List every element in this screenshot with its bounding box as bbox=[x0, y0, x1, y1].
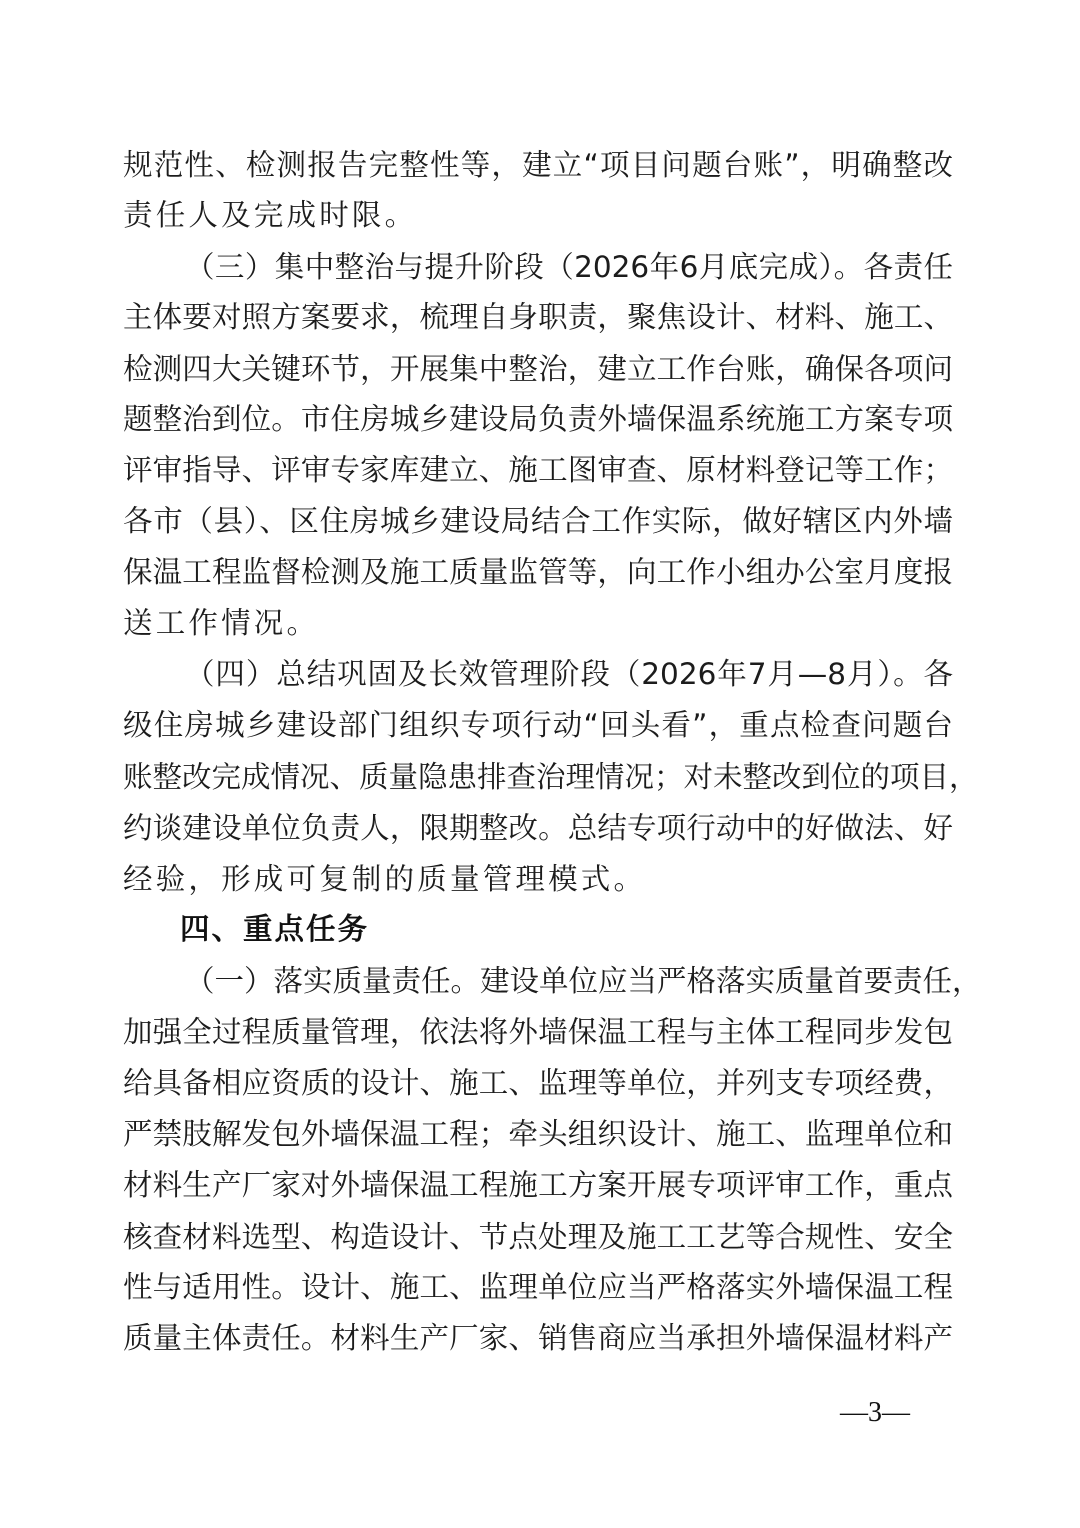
text-line: 评审指导、评审专家库建立、施工图审查、原材料登记等工作； bbox=[123, 453, 953, 487]
section-heading-key-tasks: 四、重点任务 bbox=[180, 912, 369, 946]
subsection-heading-line: （一）落实质量责任。建设单位应当严格落实质量首要责任， bbox=[185, 964, 953, 998]
page-number: —3— bbox=[840, 1397, 910, 1429]
text-line: 送工作情况。 bbox=[123, 606, 953, 640]
text-line: 级住房城乡建设部门组织专项行动“回头看”，重点检查问题台 bbox=[123, 708, 953, 742]
text-line: 主体要对照方案要求，梳理自身职责，聚焦设计、材料、施工、 bbox=[123, 300, 953, 334]
text-line: 责任人及完成时限。 bbox=[123, 198, 953, 232]
section-four-heading-line: （四）总结巩固及长效管理阶段（2026年7月—8月）。各 bbox=[185, 657, 953, 691]
text-line: 性与适用性。设计、施工、监理单位应当严格落实外墙保温工程 bbox=[123, 1270, 953, 1304]
text-line: 经验，形成可复制的质量管理模式。 bbox=[123, 862, 953, 896]
text-line: 规范性、检测报告完整性等，建立“项目问题台账”，明确整改 bbox=[123, 148, 953, 182]
text-line: 保温工程监督检测及施工质量监管等，向工作小组办公室月度报 bbox=[123, 555, 953, 589]
document-page: 规范性、检测报告完整性等，建立“项目问题台账”，明确整改 责任人及完成时限。 （… bbox=[0, 0, 1080, 1528]
text-line: 质量主体责任。材料生产厂家、销售商应当承担外墙保温材料产 bbox=[123, 1321, 953, 1355]
text-line: 严禁肢解发包外墙保温工程；牵头组织设计、施工、监理单位和 bbox=[123, 1117, 953, 1151]
text-line: 约谈建设单位负责人，限期整改。总结专项行动中的好做法、好 bbox=[123, 811, 953, 845]
text-line: 加强全过程质量管理，依法将外墙保温工程与主体工程同步发包 bbox=[123, 1015, 953, 1049]
text-line: 检测四大关键环节，开展集中整治，建立工作台账，确保各项问 bbox=[123, 352, 953, 386]
text-line: 给具备相应资质的设计、施工、监理等单位，并列支专项经费， bbox=[123, 1066, 953, 1100]
text-line: 各市（县）、区住房城乡建设局结合工作实际，做好辖区内外墙 bbox=[123, 504, 953, 538]
section-three-heading-line: （三）集中整治与提升阶段（2026年6月底完成）。各责任 bbox=[185, 250, 953, 284]
text-line: 账整改完成情况、质量隐患排查治理情况；对未整改到位的项目， bbox=[123, 760, 953, 794]
text-line: 材料生产厂家对外墙保温工程施工方案开展专项评审工作，重点 bbox=[123, 1168, 953, 1202]
text-line: 题整治到位。市住房城乡建设局负责外墙保温系统施工方案专项 bbox=[123, 402, 953, 436]
text-line: 核查材料选型、构造设计、节点处理及施工工艺等合规性、安全 bbox=[123, 1220, 953, 1254]
